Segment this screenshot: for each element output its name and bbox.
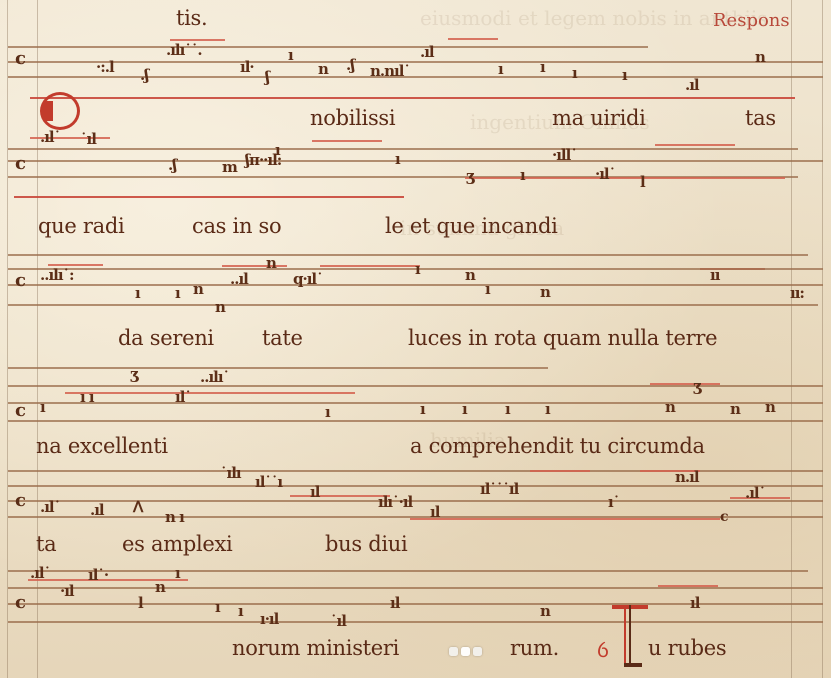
lyric-line-2: le et que incandi <box>385 216 558 237</box>
neume: .ıl˙ <box>30 566 50 581</box>
neume: n.nıl˙ <box>370 64 410 79</box>
neume: ı <box>40 400 45 415</box>
neume: ı <box>485 282 490 297</box>
custos-mark: c <box>720 510 729 524</box>
neume: Ʒ <box>130 370 139 385</box>
page-dot-3[interactable] <box>473 647 482 656</box>
manuscript-page: eiusmodi et legem nobis in anthiis ingen… <box>0 0 831 678</box>
neume: n <box>318 62 328 77</box>
lyric-line-3: da sereni <box>118 328 214 349</box>
neume: ı <box>572 66 577 81</box>
neume: ı˙ <box>608 495 619 510</box>
neume: ı <box>215 600 220 615</box>
neume: .ʃ <box>140 68 148 83</box>
neume: ıl <box>310 485 319 500</box>
neume: n ı <box>165 510 184 525</box>
neume: n <box>765 400 775 415</box>
neume: ..ılı˙ <box>200 370 229 385</box>
lyric-line-1: tas <box>745 108 776 129</box>
c-clef-icon: c <box>15 594 26 612</box>
neume: ˙ılı <box>220 466 241 481</box>
neume: .ʃ <box>168 158 176 173</box>
neume: ı <box>545 402 550 417</box>
versicle-mark: ỽ <box>597 636 609 663</box>
neume: .ıl <box>685 78 699 93</box>
neume: ıı: <box>790 286 804 301</box>
lyric-line-5: bus diui <box>325 534 407 555</box>
neume: ıl <box>390 596 399 611</box>
neume: Ʒ <box>693 382 702 397</box>
lyric-line-0: tis. <box>176 8 207 29</box>
lyric-line-4: a comprehendit tu circumda <box>410 436 705 457</box>
neume: n <box>193 282 203 297</box>
neume: ılı˙·ıl <box>378 495 412 510</box>
neume: ı <box>135 286 140 301</box>
neume: ı <box>175 286 180 301</box>
neume: ı <box>325 405 330 420</box>
lyric-line-4: na excellenti <box>36 436 168 457</box>
neume: .ıl˙ <box>745 486 765 501</box>
lyric-line-5: ta <box>36 534 56 555</box>
neume: ı <box>238 604 243 619</box>
margin-ruling-right <box>791 0 792 678</box>
rubric-respons: Respons <box>713 12 790 30</box>
neume: ˙ıl <box>330 614 346 629</box>
lyric-line-2: cas in so <box>192 216 281 237</box>
c-clef-icon: c <box>15 272 26 290</box>
neume: ı <box>275 143 280 158</box>
margin-ruling-right-outer <box>822 0 823 678</box>
neume: ·:.l <box>96 60 114 75</box>
neume: n <box>540 285 550 300</box>
neume: ıı <box>710 268 719 283</box>
neume: ıl˙ <box>175 390 191 405</box>
pagination-dots[interactable] <box>449 647 482 656</box>
neume: n.ıl <box>675 470 699 485</box>
neume: ı <box>395 152 400 167</box>
neume: n <box>155 580 165 595</box>
lyric-line-2: que radi <box>38 216 124 237</box>
neume: ·ıll˙ <box>552 148 577 163</box>
c-clef-icon: c <box>15 50 26 68</box>
neume: ıl˙˙ı <box>255 475 282 490</box>
neume: ı <box>505 402 510 417</box>
neume: ˙ıl <box>80 132 96 147</box>
neume: ıl <box>430 505 439 520</box>
neume: ı <box>540 60 545 75</box>
neume: ʃ <box>265 70 269 85</box>
neume: ⴷ <box>133 500 142 515</box>
neume: ı <box>462 402 467 417</box>
neume: .ıl <box>90 503 104 518</box>
neume: .ılı˙˙. <box>166 43 202 58</box>
neume: Ʒ <box>466 172 475 187</box>
neume: ·ıl <box>60 584 74 599</box>
c-clef-icon: c <box>15 155 26 173</box>
lyric-line-5: es amplexi <box>122 534 232 555</box>
neume: .ıl˙ <box>40 500 60 515</box>
neume: .ıl <box>420 45 434 60</box>
decorated-initial-o <box>40 92 80 130</box>
neume: q·ıl˙ <box>293 272 323 287</box>
decorated-initial-t <box>612 605 648 671</box>
neume: ·ıl˙ <box>595 167 615 182</box>
lyric-line-1: nobilissi <box>310 108 395 129</box>
neume: n <box>730 402 740 417</box>
neume: l <box>640 175 645 190</box>
neume: ı <box>420 402 425 417</box>
neume: n <box>465 268 475 283</box>
neume: ı <box>622 68 627 83</box>
neume: n <box>755 50 765 65</box>
neume: ı <box>498 62 503 77</box>
neume: ıl· <box>240 60 254 75</box>
neume: ..ılı˙: <box>40 268 74 283</box>
neume: m <box>222 160 237 175</box>
neume: ıl <box>690 596 699 611</box>
neume: n <box>266 256 276 271</box>
lyric-line-3: tate <box>262 328 303 349</box>
neume: .ıl˙ <box>40 130 60 145</box>
lyric-line-6: norum ministeri <box>232 638 399 659</box>
c-clef-icon: c <box>15 492 26 510</box>
neume: ı <box>520 168 525 183</box>
neume: ı ı <box>80 390 94 405</box>
neume: ı <box>288 48 293 63</box>
neume: ıl˙˙˙ıl <box>480 482 518 497</box>
neume: l <box>138 596 143 611</box>
lyric-line-3: luces in rota quam nulla terre <box>408 328 717 349</box>
neume: n <box>665 400 675 415</box>
lyric-line-6: rum. <box>510 638 559 659</box>
neume: n <box>540 604 550 619</box>
lyric-line-6: u rubes <box>648 638 726 659</box>
neume: .ʃ <box>346 58 354 73</box>
neume: ıl˙· <box>88 568 108 583</box>
c-clef-icon: c <box>15 402 26 420</box>
neume: ı·ıl <box>260 612 278 627</box>
margin-ruling-left <box>7 0 8 678</box>
neume: ı <box>415 262 420 277</box>
lyric-line-1: ma uiridi <box>552 108 646 129</box>
page-dot-1[interactable] <box>449 647 458 656</box>
neume: n <box>215 300 225 315</box>
page-dot-2[interactable] <box>461 647 470 656</box>
neume: ..ıl <box>230 272 248 287</box>
neume: ı <box>175 566 180 581</box>
